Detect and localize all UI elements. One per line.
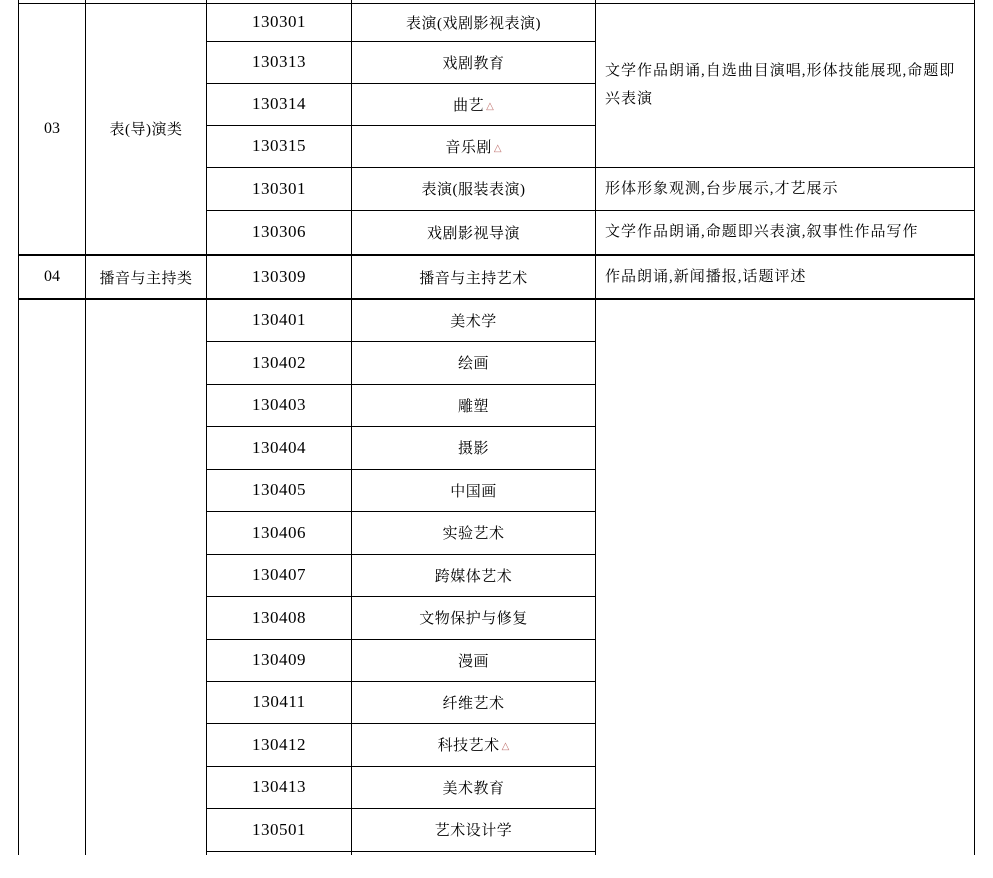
major-cell: 漫画: [352, 639, 596, 681]
major-cell: 实验艺术: [352, 511, 596, 554]
major-cell: 美术学: [352, 299, 596, 341]
code-cell: 130403: [207, 384, 352, 426]
major-cell: 科技艺术△: [352, 723, 596, 766]
major-cell: 绘画: [352, 341, 596, 384]
page: { "colors": { "border": "#000000", "text…: [0, 0, 993, 878]
code-cell: 130501: [207, 808, 352, 851]
triangle-marker: △: [492, 143, 502, 154]
code-cell: 130404: [207, 426, 352, 469]
category-cell: 播音与主持类: [86, 255, 207, 299]
code-cell: 130301: [207, 3, 352, 41]
exam-desc-cell: 作品朗诵,新闻播报,话题评述: [596, 255, 975, 299]
exam-desc-cell: 文学作品朗诵,命题即兴表演,叙事性作品写作: [596, 210, 975, 255]
major-name: 科技艺术: [438, 738, 500, 754]
code-cell: 130402: [207, 341, 352, 384]
seq-cell: [19, 299, 86, 855]
code-cell: 130411: [207, 681, 352, 723]
code-cell: 130412: [207, 723, 352, 766]
code-cell: 130407: [207, 554, 352, 596]
major-cell: 艺术设计学: [352, 808, 596, 851]
major-cell: 戏剧影视导演: [352, 210, 596, 255]
table-container: 03 表(导)演类 130301 表演(戏剧影视表演) 文学作品朗诵,自选曲目演…: [18, 0, 975, 855]
major-name: 曲艺: [453, 98, 484, 114]
category-cell: 表(导)演类: [86, 3, 207, 255]
major-cell: 戏剧教育: [352, 41, 596, 83]
major-cell: 表演(服装表演): [352, 167, 596, 210]
major-cell: 播音与主持艺术: [352, 255, 596, 299]
major-cell: 中国画: [352, 469, 596, 511]
major-cell: 文物保护与修复: [352, 596, 596, 639]
major-cell: 摄影: [352, 426, 596, 469]
major-cell: 跨媒体艺术: [352, 554, 596, 596]
code-cell: 130406: [207, 511, 352, 554]
seq-cell: 04: [19, 255, 86, 299]
code-cell: 130313: [207, 41, 352, 83]
partial-cell: [352, 851, 596, 855]
admission-majors-table: 03 表(导)演类 130301 表演(戏剧影视表演) 文学作品朗诵,自选曲目演…: [18, 0, 975, 855]
code-cell: 130401: [207, 299, 352, 341]
code-cell: 130315: [207, 125, 352, 167]
code-cell: 130306: [207, 210, 352, 255]
seq-cell: 03: [19, 3, 86, 255]
exam-desc-cell: 文学作品朗诵,自选曲目演唱,形体技能展现,命题即兴表演: [596, 3, 975, 167]
code-cell: 130301: [207, 167, 352, 210]
major-cell: 雕塑: [352, 384, 596, 426]
major-cell: 音乐剧△: [352, 125, 596, 167]
category-cell: [86, 299, 207, 855]
major-cell: 曲艺△: [352, 83, 596, 125]
table-row: 03 表(导)演类 130301 表演(戏剧影视表演) 文学作品朗诵,自选曲目演…: [19, 3, 975, 41]
code-cell: 130309: [207, 255, 352, 299]
code-cell: 130405: [207, 469, 352, 511]
triangle-marker: △: [484, 101, 494, 112]
code-cell: 130408: [207, 596, 352, 639]
major-cell: 美术教育: [352, 766, 596, 808]
exam-desc-cell: [596, 299, 975, 855]
code-cell: 130413: [207, 766, 352, 808]
major-cell: 纤维艺术: [352, 681, 596, 723]
code-cell: 130409: [207, 639, 352, 681]
exam-desc-cell: 形体形象观测,台步展示,才艺展示: [596, 167, 975, 210]
major-name: 音乐剧: [445, 140, 492, 156]
major-cell: 表演(戏剧影视表演): [352, 3, 596, 41]
code-cell: 130314: [207, 83, 352, 125]
table-row: 130401 美术学: [19, 299, 975, 341]
table-row: 04 播音与主持类 130309 播音与主持艺术 作品朗诵,新闻播报,话题评述: [19, 255, 975, 299]
triangle-marker: △: [500, 741, 510, 752]
partial-cell: [207, 851, 352, 855]
